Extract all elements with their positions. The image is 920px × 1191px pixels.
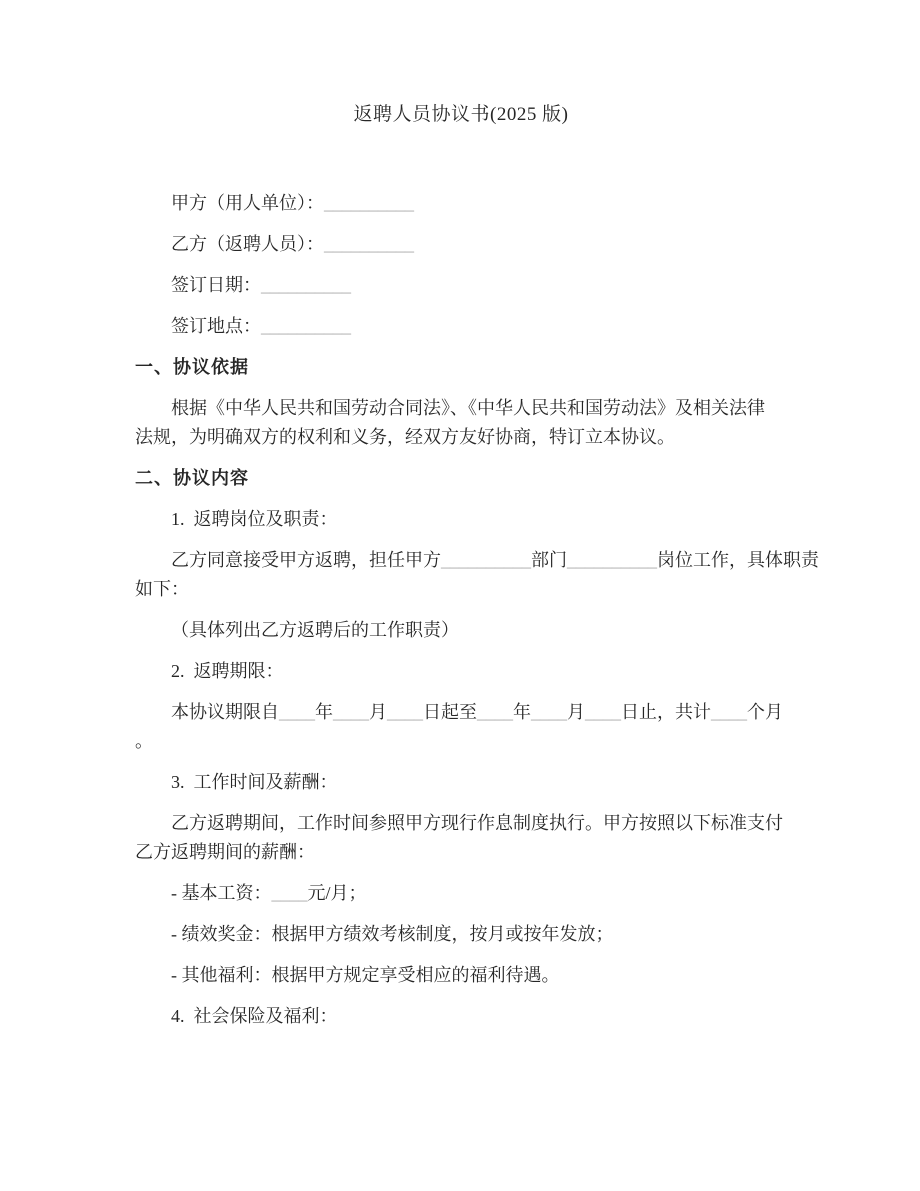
text-segment: 月: [567, 702, 585, 722]
text-segment: 日起至: [423, 702, 477, 722]
blank-field: __________: [324, 234, 414, 254]
blank-field: ____: [272, 883, 308, 903]
text-segment: 甲方（用人单位）：: [171, 193, 324, 213]
blank-field: __________: [261, 275, 351, 295]
text-segment: 1. 返聘岗位及职责：: [171, 509, 338, 529]
text-segment: 签订日期：: [171, 275, 261, 295]
clause-2-line-2: 。: [135, 727, 787, 756]
text-segment: 年: [513, 702, 531, 722]
text-segment: 。: [135, 731, 153, 751]
clause-1-title: 1. 返聘岗位及职责：: [135, 505, 787, 534]
text-segment: 4. 社会保险及福利：: [171, 1006, 338, 1026]
clause-1-line-2: 如下：: [135, 575, 787, 604]
blank-field: ____: [279, 702, 315, 722]
clause-4-title: 4. 社会保险及福利：: [135, 1002, 787, 1031]
text-segment: 月: [369, 702, 387, 722]
clause-3-line-1: 乙方返聘期间，工作时间参照甲方现行作息制度执行。甲方按照以下标准支付: [135, 809, 787, 838]
clause-2-title: 2. 返聘期限：: [135, 657, 787, 686]
text-segment: 个月: [747, 702, 783, 722]
party-a-line: 甲方（用人单位）：__________: [135, 189, 787, 218]
sign-place-line: 签订地点：__________: [135, 312, 787, 341]
text-segment: （具体列出乙方返聘后的工作职责）: [171, 620, 459, 640]
text-segment: 一、协议依据: [135, 357, 249, 377]
blank-field: ____: [333, 702, 369, 722]
blank-field: ____: [531, 702, 567, 722]
blank-field: __________: [441, 550, 531, 570]
clause-1-line-1: 乙方同意接受甲方返聘，担任甲方__________部门__________岗位工…: [135, 546, 787, 575]
text-segment: - 基本工资：: [171, 883, 272, 903]
text-segment: 法规，为明确双方的权利和义务，经双方友好协商，特订立本协议。: [135, 427, 675, 447]
blank-field: ____: [585, 702, 621, 722]
text-segment: 乙方返聘期间，工作时间参照甲方现行作息制度执行。甲方按照以下标准支付: [171, 813, 783, 833]
blank-field: ____: [477, 702, 513, 722]
text-segment: 元/月；: [308, 883, 367, 903]
text-segment: 岗位工作，具体职责: [657, 550, 819, 570]
text-segment: - 绩效奖金：根据甲方绩效考核制度，按月或按年发放；: [171, 924, 614, 944]
text-segment: 签订地点：: [171, 316, 261, 336]
legal-basis-line-2: 法规，为明确双方的权利和义务，经双方友好协商，特订立本协议。: [135, 423, 787, 452]
text-segment: - 其他福利：根据甲方规定享受相应的福利待遇。: [171, 965, 560, 985]
clause-1-note: （具体列出乙方返聘后的工作职责）: [135, 616, 787, 645]
sign-date-line: 签订日期：__________: [135, 271, 787, 300]
clause-2-line-1: 本协议期限自____年____月____日起至____年____月____日止，…: [135, 698, 787, 727]
text-segment: 二、协议内容: [135, 468, 249, 488]
text-segment: 年: [315, 702, 333, 722]
text-segment: 2. 返聘期限：: [171, 661, 284, 681]
text-segment: 返聘人员协议书(2025 版): [354, 104, 569, 125]
blank-field: ____: [711, 702, 747, 722]
text-segment: 如下：: [135, 579, 189, 599]
legal-basis-line-1: 根据《中华人民共和国劳动合同法》、《中华人民共和国劳动法》及相关法律: [135, 394, 787, 423]
text-segment: 本协议期限自: [171, 702, 279, 722]
clause-3-bullet-basic-salary: - 基本工资：____元/月；: [135, 879, 787, 908]
section-2-heading: 二、协议内容: [135, 464, 787, 493]
blank-field: __________: [324, 193, 414, 213]
blank-field: ____: [387, 702, 423, 722]
party-b-line: 乙方（返聘人员）：__________: [135, 230, 787, 259]
text-segment: 日止，共计: [621, 702, 711, 722]
clause-3-bullet-performance-bonus: - 绩效奖金：根据甲方绩效考核制度，按月或按年发放；: [135, 920, 787, 949]
clause-3-bullet-other-benefits: - 其他福利：根据甲方规定享受相应的福利待遇。: [135, 961, 787, 990]
section-1-heading: 一、协议依据: [135, 353, 787, 382]
clause-3-title: 3. 工作时间及薪酬：: [135, 768, 787, 797]
text-segment: 乙方返聘期间的薪酬：: [135, 842, 315, 862]
document-page: 返聘人员协议书(2025 版) 甲方（用人单位）：__________ 乙方（返…: [0, 0, 920, 1191]
text-segment: 3. 工作时间及薪酬：: [171, 772, 338, 792]
blank-field: __________: [567, 550, 657, 570]
text-segment: 部门: [531, 550, 567, 570]
text-segment: 乙方同意接受甲方返聘，担任甲方: [171, 550, 441, 570]
text-segment: 乙方（返聘人员）：: [171, 234, 324, 254]
doc-title: 返聘人员协议书(2025 版): [135, 100, 787, 129]
clause-3-line-2: 乙方返聘期间的薪酬：: [135, 838, 787, 867]
text-segment: 根据《中华人民共和国劳动合同法》、《中华人民共和国劳动法》及相关法律: [171, 398, 765, 418]
blank-field: __________: [261, 316, 351, 336]
